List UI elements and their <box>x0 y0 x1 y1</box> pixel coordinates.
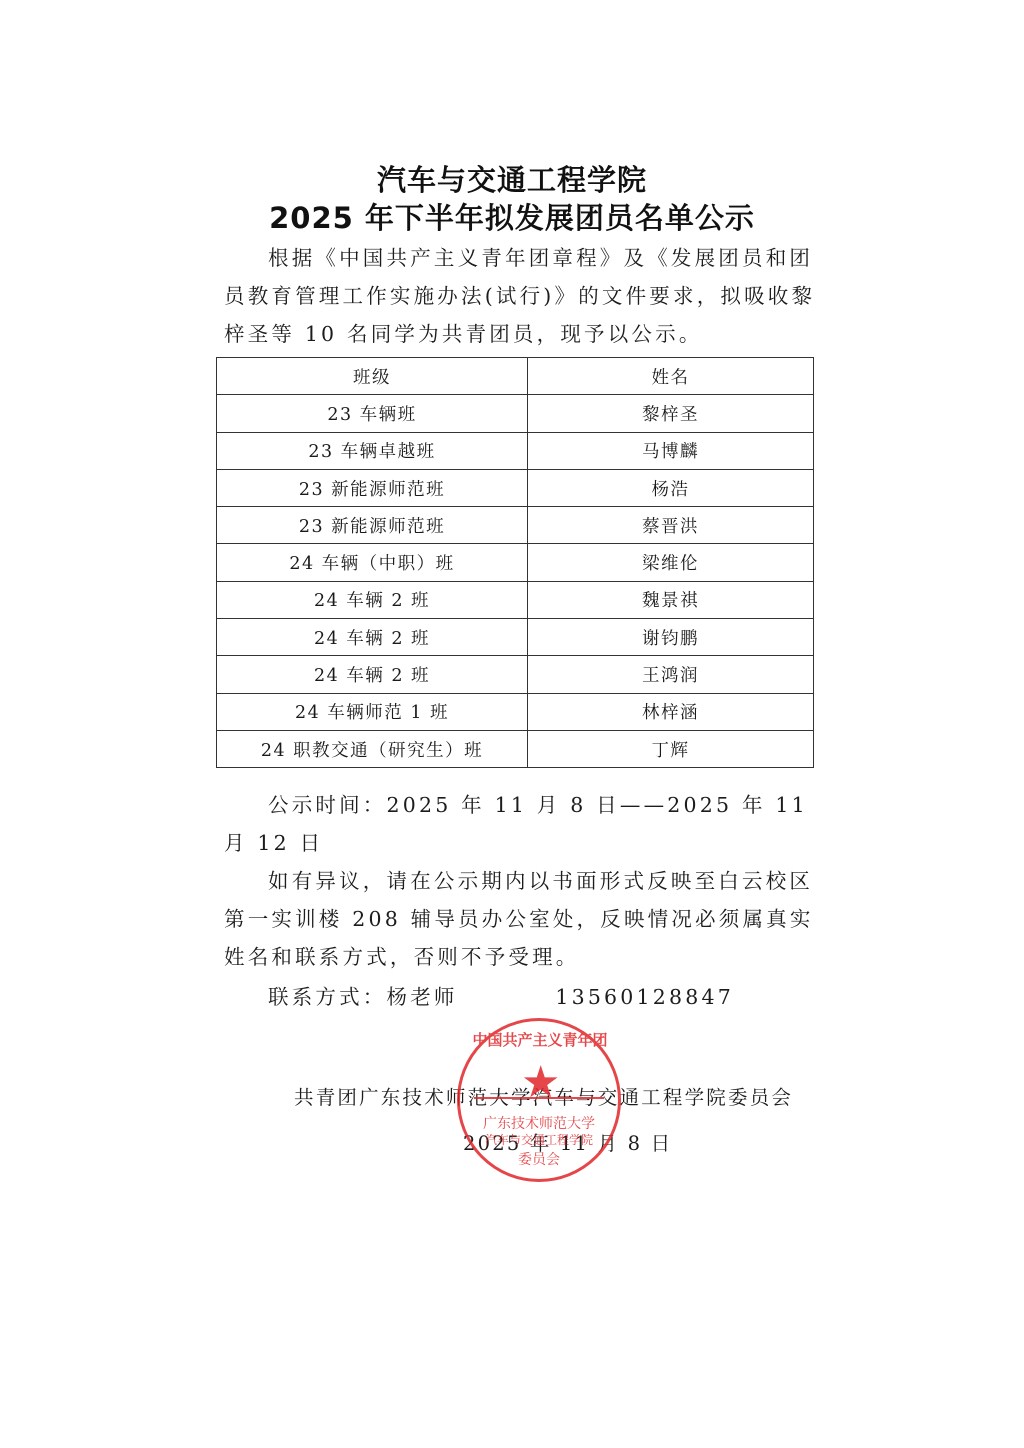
cell-name: 林梓涵 <box>528 693 814 730</box>
cell-name: 丁辉 <box>528 730 814 767</box>
cell-name: 梁维伦 <box>528 544 814 581</box>
table-row: 24 职教交通（研究生）班丁辉 <box>217 730 814 767</box>
cell-name: 谢钧鹏 <box>528 619 814 656</box>
announcement-period: 公示时间：2025 年 11 月 8 日——2025 年 11 月 12 日 <box>224 786 820 862</box>
table-row: 23 新能源师范班蔡晋洪 <box>217 507 814 544</box>
table-row: 23 车辆班黎梓圣 <box>217 395 814 432</box>
seal-inner-line1: 广东技术师范大学 <box>460 1113 618 1133</box>
cell-class: 23 车辆班 <box>217 395 528 432</box>
seal-ring-text: 中国共产主义青年团 <box>470 1029 610 1050</box>
cell-class: 24 车辆师范 1 班 <box>217 693 528 730</box>
official-seal: 中国共产主义青年团 ★ 广东技术师范大学 汽车与交通工程学院 委员会 <box>457 1018 621 1182</box>
contact-line: 联系方式：杨老师 13560128847 <box>224 978 820 1016</box>
table-row: 23 新能源师范班杨浩 <box>217 469 814 506</box>
table-row: 24 车辆（中职）班梁维伦 <box>217 544 814 581</box>
cell-name: 王鸿润 <box>528 656 814 693</box>
cell-name: 蔡晋洪 <box>528 507 814 544</box>
closing-section: 公示时间：2025 年 11 月 8 日——2025 年 11 月 12 日 如… <box>224 786 820 1016</box>
seal-divider <box>474 1097 604 1099</box>
document-title-line1: 汽车与交通工程学院 <box>0 158 1024 199</box>
cell-class: 23 新能源师范班 <box>217 507 528 544</box>
cell-class: 24 车辆 2 班 <box>217 581 528 618</box>
intro-paragraph: 根据《中国共产主义青年团章程》及《发展团员和团员教育管理工作实施办法(试行)》的… <box>224 239 820 353</box>
table-row: 24 车辆 2 班魏景祺 <box>217 581 814 618</box>
cell-name: 黎梓圣 <box>528 395 814 432</box>
cell-name: 马博麟 <box>528 432 814 469</box>
cell-class: 24 职教交通（研究生）班 <box>217 730 528 767</box>
cell-class: 23 车辆卓越班 <box>217 432 528 469</box>
cell-name: 杨浩 <box>528 469 814 506</box>
cell-name: 魏景祺 <box>528 581 814 618</box>
table-row: 24 车辆师范 1 班林梓涵 <box>217 693 814 730</box>
contact-label: 联系方式：杨老师 <box>268 985 458 1009</box>
table-row: 24 车辆 2 班王鸿润 <box>217 656 814 693</box>
objection-paragraph: 如有异议，请在公示期内以书面形式反映至白云校区第一实训楼 208 辅导员办公室处… <box>224 862 820 976</box>
cell-class: 24 车辆 2 班 <box>217 656 528 693</box>
header-name: 姓名 <box>528 358 814 395</box>
seal-inner-line2: 汽车与交通工程学院 <box>460 1131 618 1148</box>
document-title-line2: 2025 年下半年拟发展团员名单公示 <box>0 196 1024 237</box>
table-header-row: 班级 姓名 <box>217 358 814 395</box>
table-row: 23 车辆卓越班马博麟 <box>217 432 814 469</box>
table-row: 24 车辆 2 班谢钧鹏 <box>217 619 814 656</box>
header-class: 班级 <box>217 358 528 395</box>
roster-table: 班级 姓名 23 车辆班黎梓圣 23 车辆卓越班马博麟 23 新能源师范班杨浩 … <box>216 357 814 768</box>
cell-class: 24 车辆 2 班 <box>217 619 528 656</box>
contact-phone: 13560128847 <box>555 985 734 1009</box>
seal-inner-line3: 委员会 <box>460 1149 618 1169</box>
cell-class: 24 车辆（中职）班 <box>217 544 528 581</box>
cell-class: 23 新能源师范班 <box>217 469 528 506</box>
